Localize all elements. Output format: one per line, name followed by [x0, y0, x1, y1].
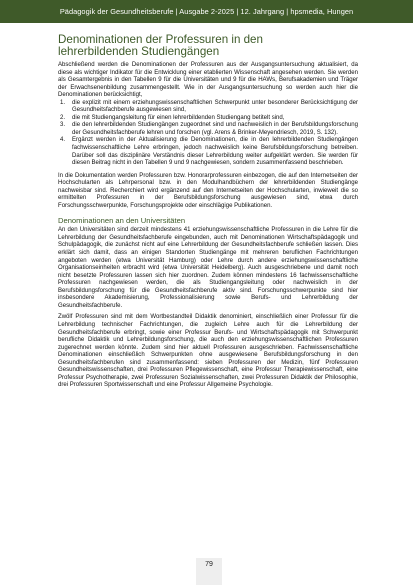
list-number: 1.	[60, 100, 65, 108]
list-number: 3.	[60, 122, 65, 130]
list-number: 4.	[60, 137, 65, 145]
list-item: 2. die mit Studiengangsleitung für einen…	[58, 115, 358, 123]
list-item: 1. die explizit mit einem erziehungswiss…	[58, 100, 358, 115]
list-text: die den lehrerbildenden Studiengängen zu…	[72, 122, 358, 136]
journal-header-bar: Pädagogik der Gesundheitsberufe | Ausgab…	[0, 0, 413, 23]
list-text: Ergänzt werden in der Aktualisierung die…	[72, 137, 358, 166]
article-title: Denominationen der Professuren in den le…	[58, 34, 278, 57]
list-text: die explizit mit einem erziehungswissens…	[72, 100, 358, 114]
list-text: die mit Studiengangsleitung für einen le…	[72, 115, 284, 121]
section-heading: Denominationen an den Universitäten	[58, 216, 358, 225]
criteria-list: 1. die explizit mit einem erziehungswiss…	[58, 100, 358, 168]
list-item: 4. Ergänzt werden in der Aktualisierung …	[58, 137, 358, 167]
list-item: 3. die den lehrerbildenden Studiengängen…	[58, 122, 358, 137]
universities-paragraph: An den Universitäten sind derzeit mindes…	[58, 227, 358, 310]
journal-header-text: Pädagogik der Gesundheitsberufe | Ausgab…	[60, 7, 353, 16]
documentation-paragraph: In die Dokumentation werden Professuren …	[58, 173, 358, 211]
list-number: 2.	[60, 115, 65, 123]
didactics-paragraph: Zwölf Professuren sind mit dem Wortbesta…	[58, 314, 358, 389]
intro-paragraph: Abschließend werden die Denominationen d…	[58, 62, 358, 100]
page-number-text: 79	[205, 561, 213, 568]
article-body: Denominationen der Professuren in den le…	[58, 34, 358, 390]
page-number: 79	[196, 558, 222, 585]
